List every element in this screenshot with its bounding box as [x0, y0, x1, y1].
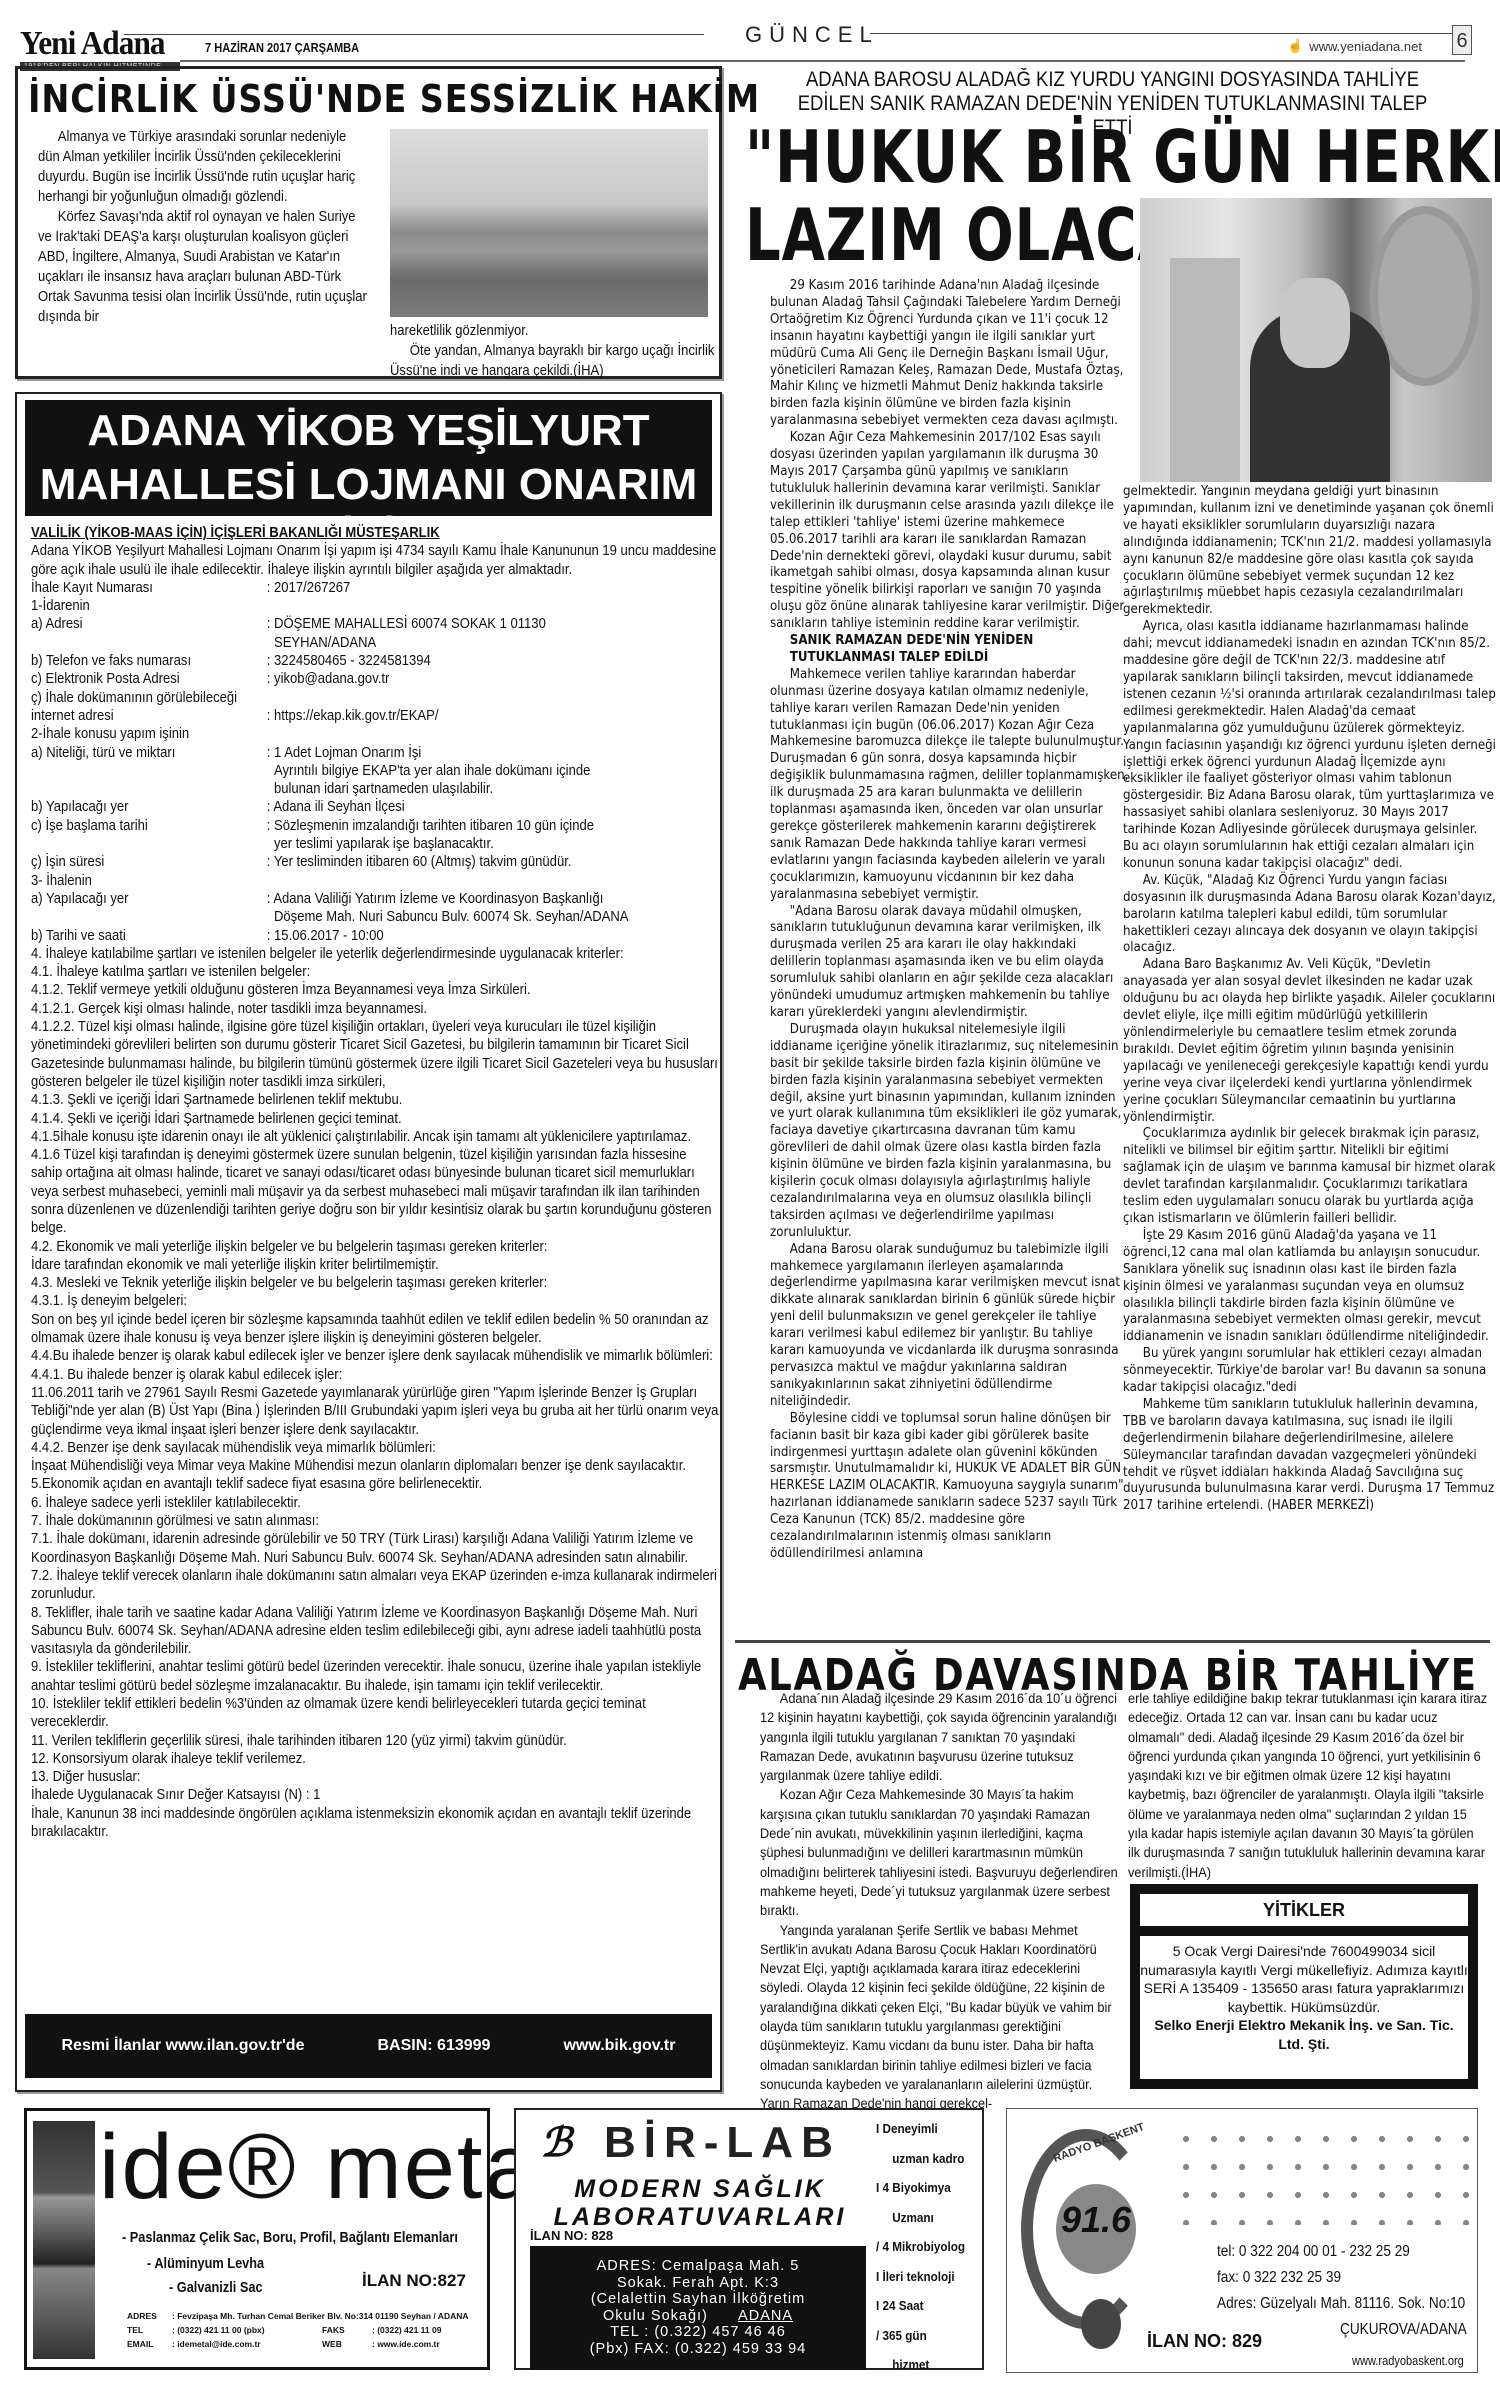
- paragraph: 29 Kasım 2016 tarihinde Adana'nın Aladağ…: [770, 278, 1130, 430]
- address-line: Okulu Sokağı): [603, 2308, 708, 2324]
- field-label: 1-İdarenin: [31, 597, 267, 615]
- website-url: www.yeniadana.net: [1309, 39, 1422, 54]
- feature-item: uzman kadro: [876, 2144, 975, 2174]
- section-title: GÜNCEL: [745, 22, 879, 48]
- newspaper-logo: Yeni Adana 1918'DEN BERİ HALKIN HİZMETİN…: [20, 26, 180, 71]
- face-shape: [1280, 278, 1350, 368]
- tender-paragraph: 6. İhaleye sadece yerli istekliler katıl…: [31, 1494, 720, 1512]
- label: FAKS: [322, 2323, 372, 2337]
- ad-number: İLAN NO:827: [362, 2271, 466, 2291]
- label: WEB: [322, 2337, 372, 2351]
- field-value: : 1 Adet Lojman Onarım İşi: [267, 744, 721, 762]
- article-column-2: hareketlilik gözlenmiyor. Öte yandan, Al…: [390, 321, 723, 381]
- tender-paragraph: 4.4.2. Benzer işe denk sayılacak mühendi…: [31, 1439, 720, 1457]
- tender-field: a) Niteliği, türü ve miktarı: 1 Adet Loj…: [31, 744, 720, 799]
- tender-paragraph: 4.1.6 Tüzel kişi tarafından iş deneyimi …: [31, 1146, 720, 1237]
- tender-paragraph: 4.1.5İhale konusu işte idarenin onayı il…: [31, 1128, 720, 1146]
- tender-field: 1-İdarenin: [31, 597, 720, 615]
- field-label: b) Telefon ve faks numarası: [31, 652, 267, 670]
- tender-paragraph: 4.1.2. Teklif vermeye yetkili olduğunu g…: [31, 981, 720, 999]
- header-rule-bottom: [180, 60, 1465, 62]
- feature-item: I 24 Saat: [876, 2291, 975, 2321]
- field-value: : Yer tesliminden itibaren 60 (Altmış) t…: [267, 853, 721, 871]
- radyo-baskent-ad[interactable]: RADYO BAŞKENT 91.6 tel: 0 322 204 00 01 …: [1006, 2108, 1478, 2373]
- header-rule: [124, 34, 704, 35]
- address-line: ADRES: Cemalpaşa Mah. 5: [530, 2258, 866, 2275]
- paragraph: Mahkeme tüm sanıkların tutukluluk haller…: [1123, 1397, 1497, 1515]
- paragraph: "Adana Barosu olarak davaya müdahil olmu…: [770, 904, 1130, 1022]
- field-label: internet adresi: [31, 707, 267, 725]
- tender-intro: Adana YİKOB Yeşilyurt Mahallesi Lojmanı …: [31, 542, 720, 579]
- product-item: - Paslanmaz Çelik Sac, Boru, Profil, Bağ…: [122, 2229, 458, 2246]
- page-number: 6: [1452, 25, 1472, 55]
- paragraph: Almanya ve Türkiye arasındaki sorunlar n…: [38, 127, 371, 207]
- feature-item: Uzmanı: [876, 2203, 975, 2233]
- tender-paragraph: 13. Diğer hususlar:: [31, 1768, 720, 1786]
- field-label: ç) İhale dokümanının görülebileceği: [31, 689, 267, 707]
- field-value: : DÖŞEME MAHALLESİ 60074 SOKAK 1 01130: [267, 615, 721, 633]
- tender-field: b) Telefon ve faks numarası: 3224580465 …: [31, 652, 720, 670]
- tender-paragraph: 4.3.1. İş deneyim belgeleri:: [31, 1292, 720, 1310]
- issue-date: 7 HAZİRAN 2017 ÇARŞAMBA: [205, 40, 359, 55]
- birlab-subtitle: MODERN SAĞLIK LABORATUVARLARI: [530, 2175, 870, 2231]
- paragraph: Ayrıca, olası kasıtla iddianame hazırlan…: [1123, 619, 1497, 873]
- field-value: : Adana ili Seyhan İlçesi: [267, 798, 721, 816]
- article-column-1: Almanya ve Türkiye arasındaki sorunlar n…: [38, 127, 371, 327]
- lost-notice-company: Selko Enerji Elektro Mekanik İnş. ve San…: [1140, 2016, 1468, 2053]
- label: ADRES: [127, 2309, 172, 2323]
- paragraph: Adana Baro Başkanımız Av. Veli Küçük, "D…: [1123, 957, 1497, 1126]
- paragraph: Adana´nın Aladağ ilçesinde 29 Kasım 2016…: [760, 1690, 1120, 1786]
- birlab-address: ADRES: Cemalpaşa Mah. 5 Sokak. Ferah Apt…: [530, 2246, 866, 2370]
- tender-paragraph: 4.1.4. Şekli ve içeriği İdari Şartnamede…: [31, 1110, 720, 1128]
- website-link[interactable]: ☝ www.yeniadana.net: [1287, 38, 1422, 54]
- tender-field: 2-İhale konusu yapım işinin: [31, 725, 720, 743]
- field-label: c) İşe başlama tarihi: [31, 817, 267, 854]
- paragraph: Öte yandan, Almanya bayraklı bir kargo u…: [390, 341, 723, 381]
- city: ÇUKUROVA/ADANA: [1340, 2321, 1467, 2339]
- flag-shape: [1170, 258, 1240, 482]
- birlab-logo-icon: ℬ: [530, 2118, 582, 2168]
- tender-body: VALİLİK (YİKOB-MAAS İÇİN) İÇİŞLERİ BAKAN…: [31, 524, 721, 1841]
- birlab-ad[interactable]: ℬ BİR-LAB MODERN SAĞLIK LABORATUVARLARI …: [514, 2108, 984, 2370]
- tender-field: internet adresi: https://ekap.kik.gov.tr…: [31, 707, 720, 725]
- airbase-photo: [390, 129, 708, 317]
- paragraph: Mahkemece verilen tahliye kararından hab…: [770, 667, 1130, 904]
- paragraph: Adana Barosu olarak sunduğumuz bu talebi…: [770, 1242, 1130, 1411]
- product-item: - Galvanizli Sac: [169, 2279, 263, 2296]
- incirlik-article: İNCİRLİK ÜSSÜ'NDE SESSİZLİK HAKİM Almany…: [15, 66, 722, 379]
- field-label: a) Niteliği, türü ve miktarı: [31, 744, 267, 799]
- field-value: : Sözleşmenin imzalandığı tarihten itiba…: [267, 817, 721, 835]
- footer-ilan-link[interactable]: Resmi İlanlar www.ilan.gov.tr'de: [62, 2037, 305, 2055]
- phone: TEL : (0.322) 457 46 46: [530, 2324, 866, 2341]
- tender-paragraph: 12. Konsorsiyum olarak ihaleye teklif ve…: [31, 1750, 720, 1768]
- field-value: : yikob@adana.gov.tr: [267, 670, 721, 688]
- logo-name: Yeni Adana: [20, 26, 167, 62]
- radio-logo: RADYO BAŞKENT 91.6: [1021, 2119, 1161, 2351]
- field-value: Ayrıntılı bilgiye EKAP'ta yer alan ihale…: [267, 762, 721, 780]
- paragraph: Av. Küçük, "Aladağ Kız Öğrenci Yurdu yan…: [1123, 873, 1497, 958]
- ide-contact: ADRES: Fevzipaşa Mh. Turhan Cemal Berike…: [127, 2309, 487, 2351]
- tender-field: ç) İhale dokümanının görülebileceği: [31, 689, 720, 707]
- footer-basin: BASIN: 613999: [378, 2037, 491, 2055]
- tender-paragraph: İhale, Kanunun 38 inci maddesinde öngörü…: [31, 1805, 720, 1842]
- fax: (Pbx) FAX: (0.322) 459 33 94: [530, 2341, 866, 2358]
- field-label: b) Tarihi ve saati: [31, 927, 267, 945]
- subheading: SANIK RAMAZAN DEDE'NİN YENİDEN TUTUKLANM…: [770, 633, 1130, 667]
- paragraph: Böylesine ciddi ve toplumsal sorun halin…: [770, 1411, 1130, 1563]
- product-item: - Alüminyum Levha: [147, 2255, 264, 2272]
- field-label: a) Yapılacağı yer: [31, 890, 267, 927]
- metal-products-image: [33, 2121, 95, 2359]
- birlab-features: I Deneyimliuzman kadroI 4 BiyokimyaUzman…: [876, 2114, 975, 2380]
- article-column-1: Adana´nın Aladağ ilçesinde 29 Kasım 2016…: [760, 1690, 1120, 2115]
- tender-paragraph: 7.2. İhaleye teklif verecek olanların ih…: [31, 1567, 720, 1604]
- field-value: : 3224580465 - 3224581394: [267, 652, 721, 670]
- tender-paragraph: 4. İhaleye katılabilme şartları ve isten…: [31, 945, 720, 963]
- tender-paragraph: 4.1.3. Şekli ve içeriği İdari Şartnamede…: [31, 1091, 720, 1109]
- field-label: İhale Kayıt Numarası: [31, 579, 267, 597]
- tender-paragraph: Son on beş yıl içinde bedel içeren bir s…: [31, 1311, 720, 1348]
- field-value: : https://ekap.kik.gov.tr/EKAP/: [267, 707, 721, 725]
- paragraph: İşte 29 Kasım 2016 günü Aladağ'da yaşana…: [1123, 1228, 1497, 1346]
- tender-paragraph: 5.Ekonomik açıdan en avantajlı teklif sa…: [31, 1475, 720, 1493]
- paragraph: hareketlilik gözlenmiyor.: [390, 321, 723, 341]
- lost-notice-title: YİTİKLER: [1140, 1894, 1468, 1936]
- tender-paragraph: 4.1.2.2. Tüzel kişi olması halinde, ilgi…: [31, 1018, 720, 1091]
- article-column-1: 29 Kasım 2016 tarihinde Adana'nın Aladağ…: [770, 278, 1130, 1563]
- field-value: SEYHAN/ADANA: [267, 634, 721, 652]
- paragraph: Kozan Ağır Ceza Mahkemesinin 2017/102 Es…: [770, 430, 1130, 633]
- tender-paragraph: 4.4.1. Bu ihalede benzer iş olarak kabul…: [31, 1366, 720, 1384]
- feature-item: / 365 gün: [876, 2321, 975, 2351]
- paragraph: Bu yürek yangını sorumlular hak ettikler…: [1123, 1346, 1497, 1397]
- radio-contact: tel: 0 322 204 00 01 - 232 25 29 fax: 0 …: [1217, 2239, 1465, 2317]
- paragraph: Çocuklarımıza aydınlık bir gelecek bırak…: [1123, 1126, 1497, 1227]
- ide-metal-ad[interactable]: ide® metal - Paslanmaz Çelik Sac, Boru, …: [24, 2108, 490, 2370]
- phone: : (0322) 421 11 00 (pbx): [172, 2323, 322, 2337]
- pointing-hand-icon: ☝: [1287, 38, 1303, 54]
- birlab-brand: BİR-LAB: [604, 2118, 841, 2168]
- ad-number: İLAN NO: 828: [530, 2228, 613, 2243]
- feature-item: I Deneyimli: [876, 2114, 975, 2144]
- tender-footer: Resmi İlanlar www.ilan.gov.tr'de BASIN: …: [25, 2014, 712, 2078]
- subtitle-line: MODERN SAĞLIK: [530, 2175, 870, 2203]
- field-label: b) Yapılacağı yer: [31, 798, 267, 816]
- tender-field: c) Elektronik Posta Adresi: yikob@adana.…: [31, 670, 720, 688]
- section-rule: [870, 33, 1470, 34]
- field-label: 2-İhale konusu yapım işinin: [31, 725, 267, 743]
- tender-field: İhale Kayıt Numarası: 2017/267267: [31, 579, 720, 597]
- microphone-icon: [1081, 2299, 1121, 2349]
- tender-paragraph: 11.06.2011 tarih ve 27961 Sayılı Resmi G…: [31, 1384, 720, 1439]
- field-value: : 2017/267267: [267, 579, 721, 597]
- subtitle-line: LABORATUVARLARI: [530, 2203, 870, 2231]
- headline-line: "HUKUK BİR GÜN HERKESE: [745, 118, 1500, 196]
- tender-field: 3- İhalenin: [31, 872, 720, 890]
- city: ADANA: [738, 2308, 793, 2324]
- ad-number: İLAN NO: 829: [1147, 2331, 1262, 2352]
- radio-frequency: 91.6: [1061, 2199, 1131, 2241]
- address: Adres: Güzelyalı Mah. 81116. Sok. No:10: [1217, 2291, 1465, 2317]
- feature-item: hizmet: [876, 2350, 975, 2380]
- field-label: ç) İşin süresi: [31, 853, 267, 871]
- tender-paragraph: 7. İhale dokümanının görülmesi ve satın …: [31, 1512, 720, 1530]
- tender-paragraph: 4.2. Ekonomik ve mali yeterliğe ilişkin …: [31, 1238, 720, 1256]
- tender-field: b) Tarihi ve saati: 15.06.2017 - 10:00: [31, 927, 720, 945]
- article-headline: İNCİRLİK ÜSSÜ'NDE SESSİZLİK HAKİM: [28, 77, 760, 121]
- field-value: yer teslimi yapılarak işe başlanacaktır.: [267, 835, 721, 853]
- web[interactable]: : www.ide.com.tr: [372, 2337, 440, 2351]
- address-line: Sokak. Ferah Apt. K:3: [530, 2275, 866, 2292]
- footer-bik-link[interactable]: www.bik.gov.tr: [563, 2037, 675, 2055]
- paragraph: Yangında yaralanan Şerife Sertlik ve bab…: [760, 1922, 1120, 2115]
- field-label: 3- İhalenin: [31, 872, 267, 890]
- tender-paragraph: İhalede Uygulanacak Sınır Değer Katsayıs…: [31, 1786, 720, 1804]
- fax: fax: 0 322 232 25 39: [1217, 2265, 1465, 2291]
- feature-item: / 4 Mikrobiyolog: [876, 2232, 975, 2262]
- banner-line: ADANA YİKOB YEŞİLYURT: [25, 404, 712, 458]
- tender-title: VALİLİK (YİKOB-MAAS İÇİN) İÇİŞLERİ BAKAN…: [31, 524, 720, 542]
- tender-paragraph: İnşaat Mühendisliği veya Mimar veya Maki…: [31, 1457, 720, 1475]
- lawyer-photo: [1140, 198, 1492, 482]
- tender-field: b) Yapılacağı yer: Adana ili Seyhan İlçe…: [31, 798, 720, 816]
- tender-field: a) Yapılacağı yer: Adana Valiliği Yatırı…: [31, 890, 720, 927]
- paragraph: erle tahliye edildiğine bakıp tekrar tut…: [1128, 1690, 1488, 1883]
- tender-field: a) Adresi: DÖŞEME MAHALLESİ 60074 SOKAK …: [31, 615, 720, 652]
- address-line: (Celalettin Sayhan İlköğretim: [530, 2291, 866, 2308]
- tender-paragraph: 4.4.Bu ihalede benzer iş olarak kabul ed…: [31, 1347, 720, 1365]
- label: EMAIL: [127, 2337, 172, 2351]
- article-column-2: gelmektedir. Yangının meydana geldiği yu…: [1123, 484, 1497, 1515]
- tender-paragraph: 11. Verilen tekliflerin geçerlilik süres…: [31, 1732, 720, 1750]
- section-divider: [735, 1640, 1490, 1643]
- address: : Fevzipaşa Mh. Turhan Cemal Beriker Blv…: [172, 2309, 469, 2323]
- tender-paragraph: 4.3. Mesleki ve Teknik yeterliğe ilişkin…: [31, 1274, 720, 1292]
- field-label: a) Adresi: [31, 615, 267, 652]
- tender-field: ç) İşin süresi: Yer tesliminden itibaren…: [31, 853, 720, 871]
- fax: : (0322) 421 11 09: [372, 2323, 441, 2337]
- radio-website[interactable]: www.radyobaskent.org: [1352, 2353, 1464, 2368]
- tender-paragraph: 10. İstekliler teklif ettikleri bedelin …: [31, 1695, 720, 1732]
- field-value: : 15.06.2017 - 10:00: [267, 927, 721, 945]
- tender-paragraph: 8. Teklifler, ihale tarih ve saatine kad…: [31, 1604, 720, 1659]
- tender-paragraph: 9. İstekliler tekliflerini, anahtar tesl…: [31, 1658, 720, 1695]
- tender-paragraph: 7.1. İhale dokümanı, idarenin adresinde …: [31, 1530, 720, 1567]
- paragraph: gelmektedir. Yangının meydana geldiği yu…: [1123, 484, 1497, 619]
- tender-field: c) İşe başlama tarihi: Sözleşmenin imzal…: [31, 817, 720, 854]
- field-value: bulunan idari şartnameden ulaşılabilir.: [267, 780, 721, 798]
- feature-item: I 4 Biyokimya: [876, 2173, 975, 2203]
- ide-logo: ide® metal: [99, 2121, 560, 2213]
- tender-paragraph: 4.1.2.1. Gerçek kişi olması halinde, not…: [31, 1000, 720, 1018]
- lost-notice-body: 5 Ocak Vergi Dairesi'nde 7600499034 sici…: [1140, 1942, 1468, 2016]
- tender-notice: ADANA YİKOB YEŞİLYURT MAHALLESİ LOJMANI …: [15, 392, 722, 2092]
- email[interactable]: : idemetal@ide.com.tr: [172, 2337, 322, 2351]
- paragraph: Körfez Savaşı'nda aktif rol oynayan ve h…: [38, 207, 371, 327]
- phone: tel: 0 322 204 00 01 - 232 25 29: [1217, 2239, 1465, 2265]
- paragraph: Duruşmada olayın hukuksal nitelemesiyle …: [770, 1022, 1130, 1242]
- field-value: Döşeme Mah. Nuri Sabuncu Bulv. 60074 Sk.…: [267, 908, 721, 926]
- tender-paragraph: İdare tarafından ekonomik ve mali yeterl…: [31, 1256, 720, 1274]
- tender-paragraph: 4.1. İhaleye katılma şartları ve istenil…: [31, 963, 720, 981]
- article-column-2: erle tahliye edildiğine bakıp tekrar tut…: [1128, 1690, 1488, 1883]
- paragraph: Kozan Ağır Ceza Mahkemesinde 30 Mayıs´ta…: [760, 1786, 1120, 1921]
- label: TEL: [127, 2323, 172, 2337]
- decorative-squares: [1172, 2125, 1472, 2225]
- field-label: c) Elektronik Posta Adresi: [31, 670, 267, 688]
- lost-notice-box: YİTİKLER 5 Ocak Vergi Dairesi'nde 760049…: [1130, 1884, 1478, 2089]
- field-value: : Adana Valiliği Yatırım İzleme ve Koord…: [267, 890, 721, 908]
- feature-item: I İleri teknoloji: [876, 2262, 975, 2292]
- tender-banner: ADANA YİKOB YEŞİLYURT MAHALLESİ LOJMANI …: [25, 400, 712, 516]
